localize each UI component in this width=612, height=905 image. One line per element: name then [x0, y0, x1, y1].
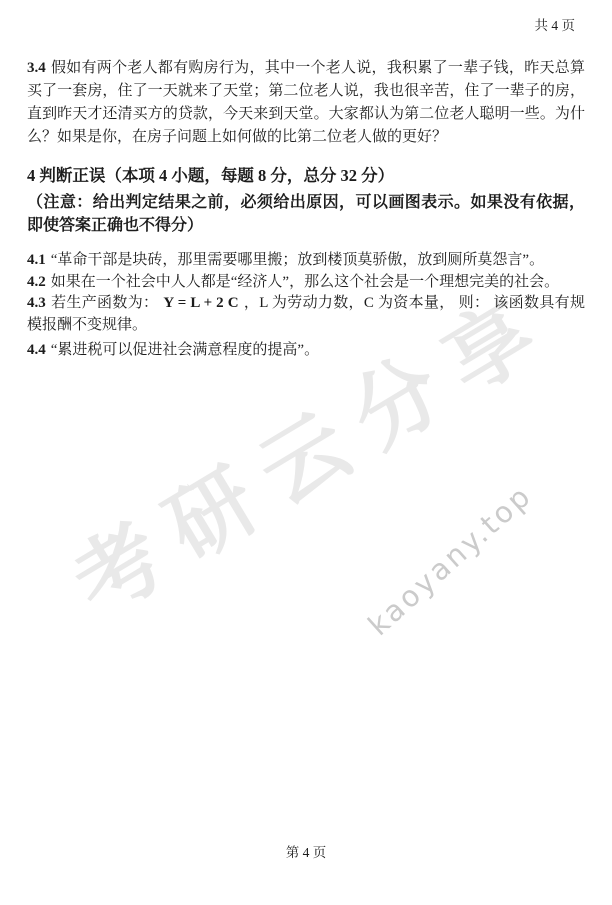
item-4-2: 4.2如果在一个社会中人人都是“经济人”，那么这个社会是一个理想完美的社会。: [27, 272, 585, 294]
item-4-4-text: “累进税可以促进社会满意程度的提高”。: [51, 342, 319, 358]
page-count-label: 共 4 页: [535, 14, 576, 34]
item-4-4: 4.4“累进税可以促进社会满意程度的提高”。: [27, 340, 585, 362]
question-3-4: 3.4假如有两个老人都有购房行为，其中一个老人说，我积累了一辈子钱，昨天总算买了…: [27, 57, 585, 149]
section-4-note: （注意：给出判定结果之前，必须给出原因，可以画图表示。如果没有依据，即使答案正确…: [27, 191, 585, 237]
item-4-4-number: 4.4: [27, 342, 46, 358]
item-4-3-formula: Y = L + 2 C: [163, 295, 238, 311]
watermark-site-url: kaoyany.top: [361, 478, 538, 642]
section-4-heading: 4 判断正误（本项 4 小题，每题 8 分，总分 32 分）: [27, 165, 585, 187]
item-4-3-number: 4.3: [27, 295, 46, 311]
question-3-4-number: 3.4: [27, 60, 46, 76]
document-content: 3.4假如有两个老人都有购房行为，其中一个老人说，我积累了一辈子钱，昨天总算买了…: [27, 57, 585, 362]
item-4-1-number: 4.1: [27, 252, 46, 268]
item-4-2-text: 如果在一个社会中人人都是“经济人”，那么这个社会是一个理想完美的社会。: [51, 274, 559, 290]
item-4-3: 4.3若生产函数为：Y = L + 2 C，L 为劳动力数，C 为资本量， 则：…: [27, 293, 585, 336]
section-4-items: 4.1“革命干部是块砖，那里需要哪里搬；放到楼顶莫骄傲，放到厕所莫怨言”。 4.…: [27, 250, 585, 362]
page-number-label: 第 4 页: [0, 841, 612, 861]
question-3-4-text: 假如有两个老人都有购房行为，其中一个老人说，我积累了一辈子钱，昨天总算买了一套房…: [27, 60, 585, 145]
item-4-2-number: 4.2: [27, 274, 46, 290]
item-4-1: 4.1“革命干部是块砖，那里需要哪里搬；放到楼顶莫骄傲，放到厕所莫怨言”。: [27, 250, 585, 272]
item-4-1-text: “革命干部是块砖，那里需要哪里搬；放到楼顶莫骄傲，放到厕所莫怨言”。: [51, 252, 544, 268]
item-4-3-pre: 若生产函数为：: [51, 295, 159, 311]
